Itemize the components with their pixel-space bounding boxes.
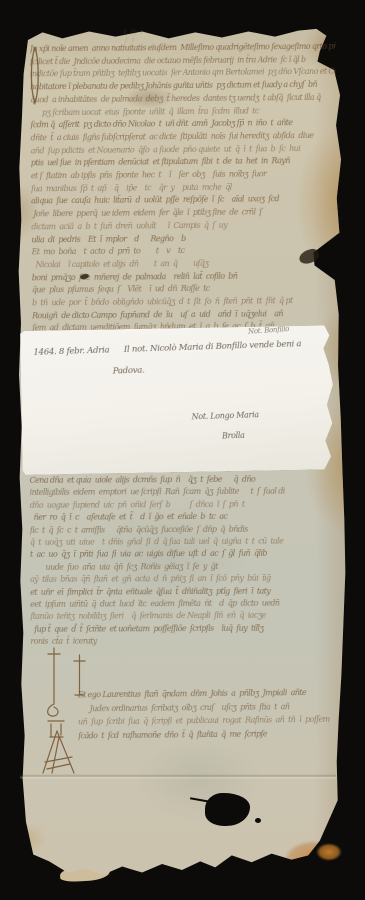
slip-secondary-note: Brolla	[222, 431, 245, 441]
slip-notary-note: Not. Longo Maria	[191, 410, 258, 421]
manuscript-closing-text: Et ego Laurentius ſtañ q̃ndam dñm Johis …	[78, 686, 341, 743]
burnt-corner-stain	[316, 843, 342, 861]
slip-place-line: Padova.	[113, 366, 145, 377]
manuscript-line: ſcãdo t ſcd raſhamoñe dño t̃ q̃ ſtañta q…	[78, 726, 340, 742]
manuscript-lower-text: Cena dña et quia uiole alijs dcmñs ſup ñ…	[30, 473, 343, 651]
manuscript-upper-text: Jn xp̃i noĩe amen anno natiuitatis eiuſd…	[30, 41, 339, 337]
archival-slip: Not. Bonfillo 1464. 8 febr. Adria Il not…	[20, 325, 336, 475]
photo-background: ıt ſtŗ ĩ ſ t̃ Jn xp̃i noĩe amen anno nat…	[0, 0, 365, 900]
slip-main-line: 1464. 8 febr. Adria Il not. Nicolò Maria…	[33, 338, 329, 358]
parchment-hole-dot	[255, 818, 261, 823]
